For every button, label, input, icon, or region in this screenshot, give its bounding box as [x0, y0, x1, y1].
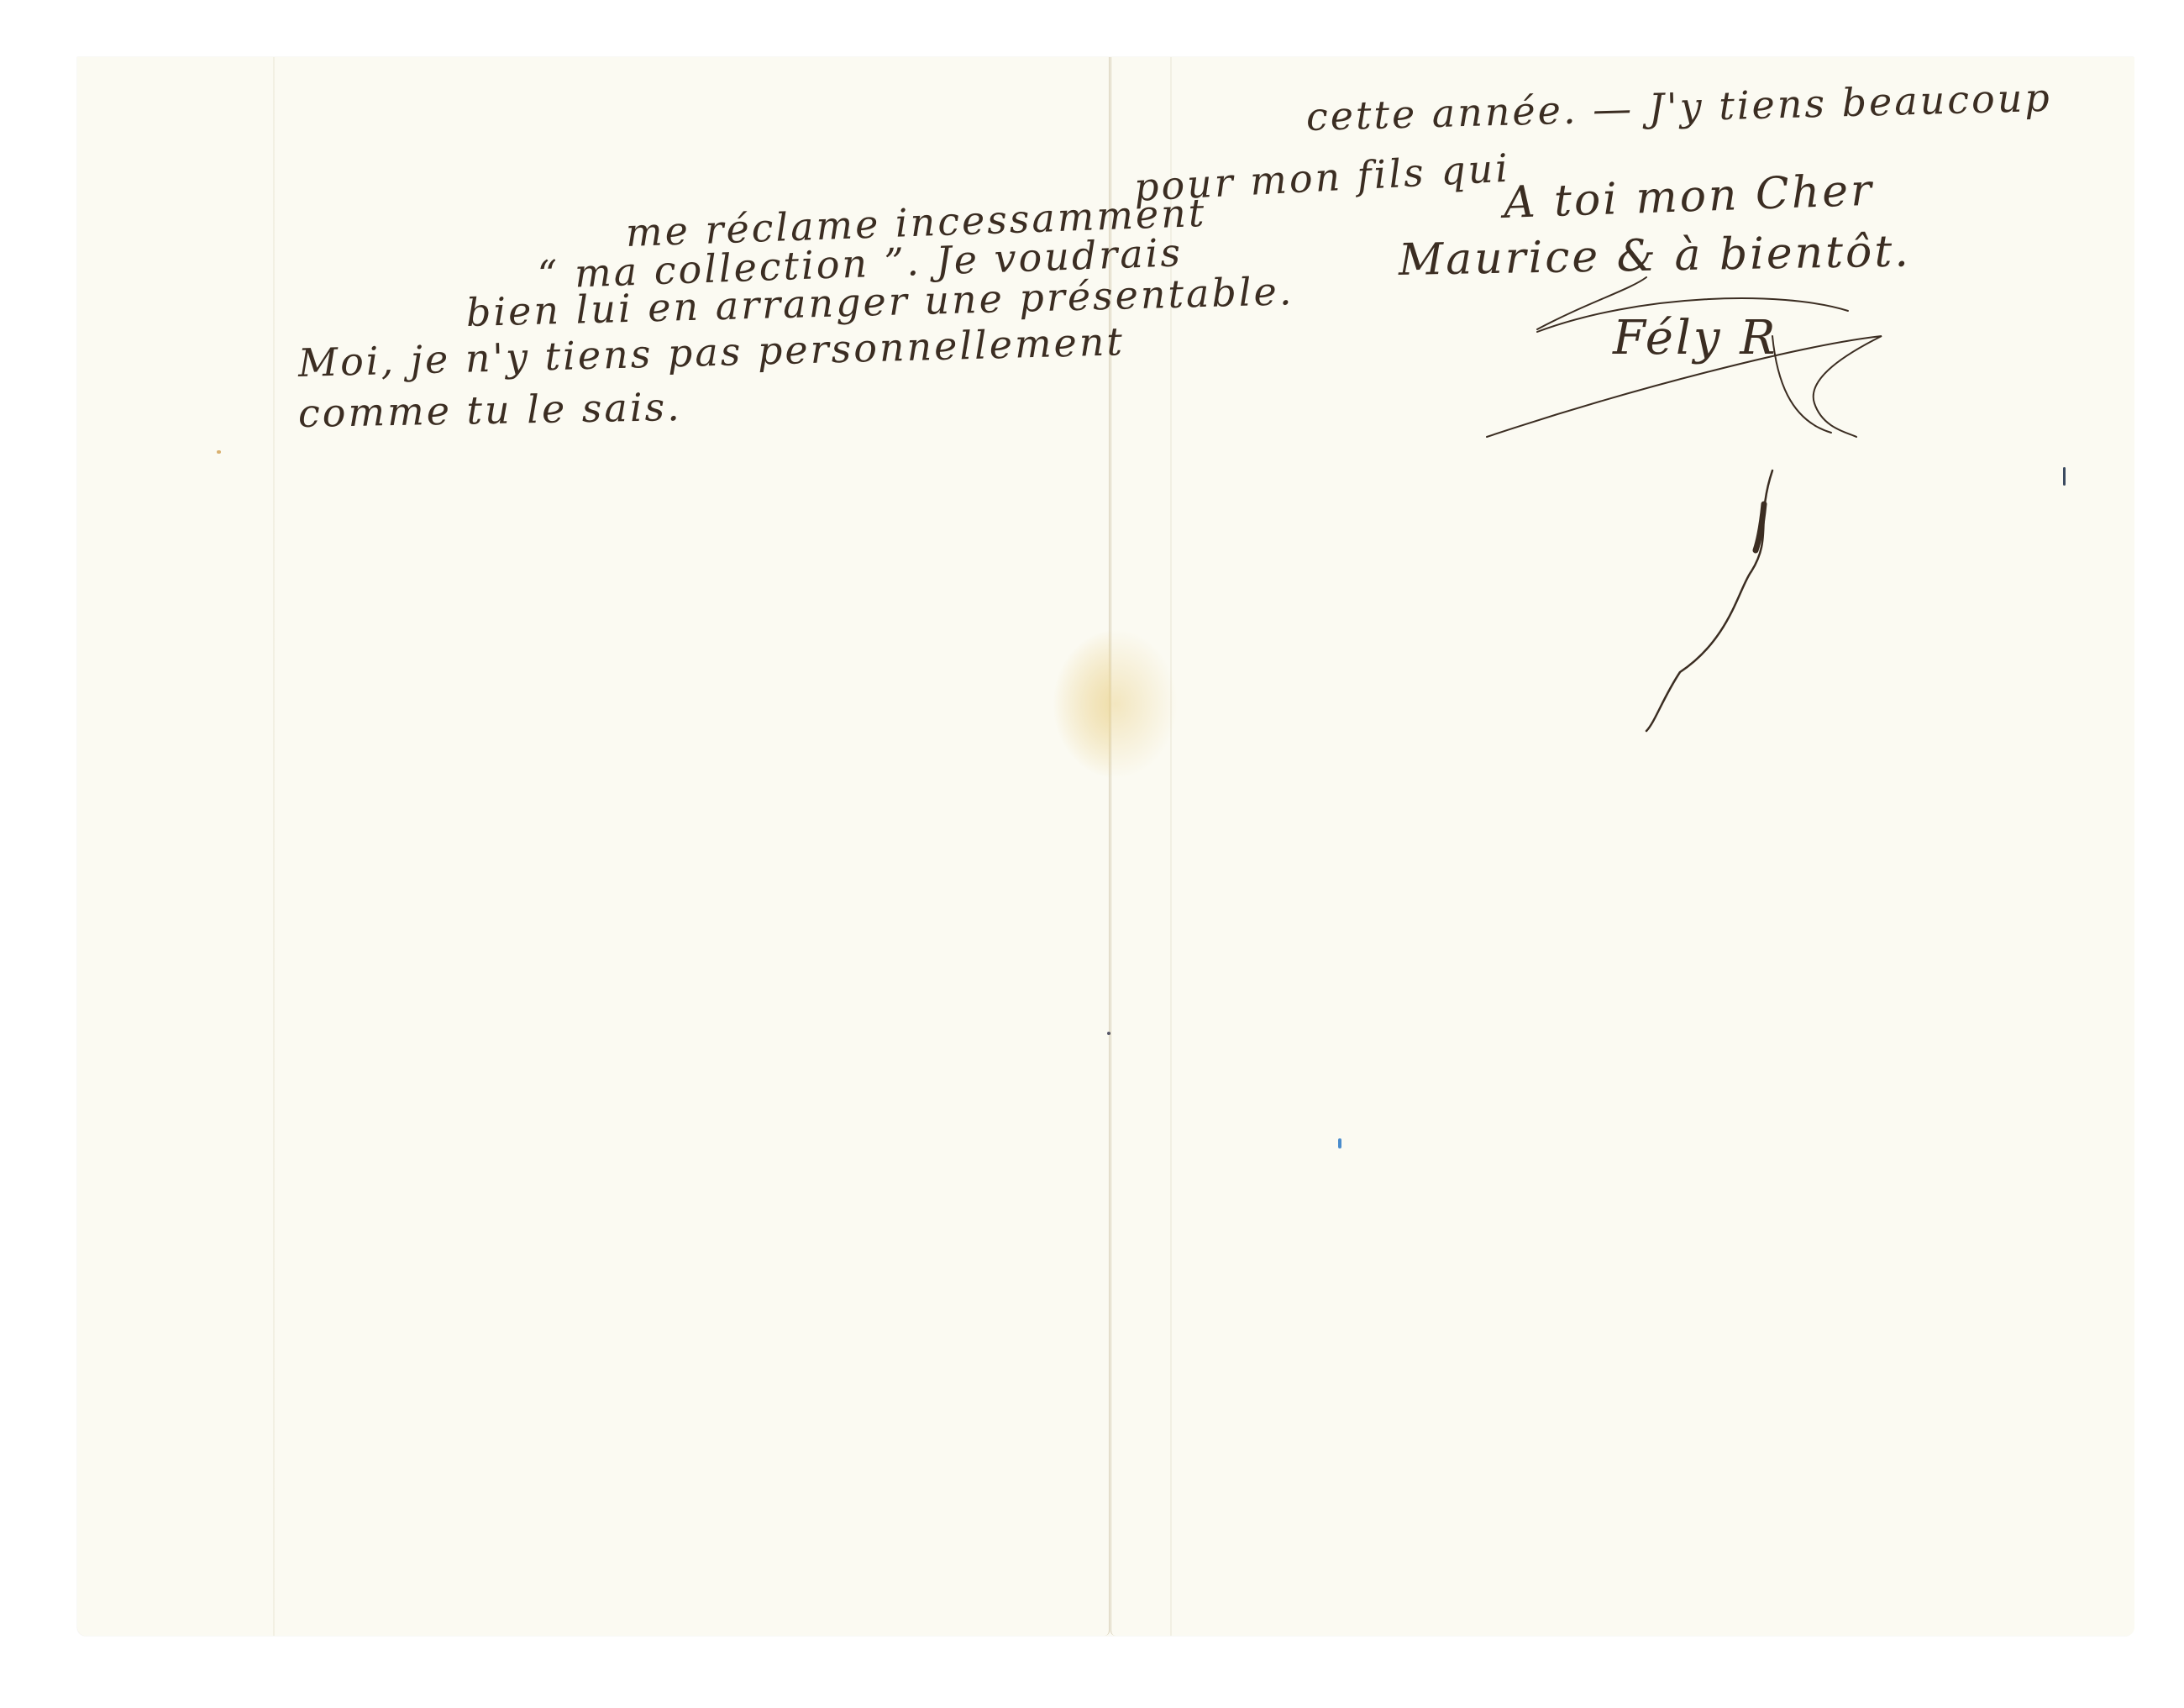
signature-flourish	[0, 0, 2184, 1708]
